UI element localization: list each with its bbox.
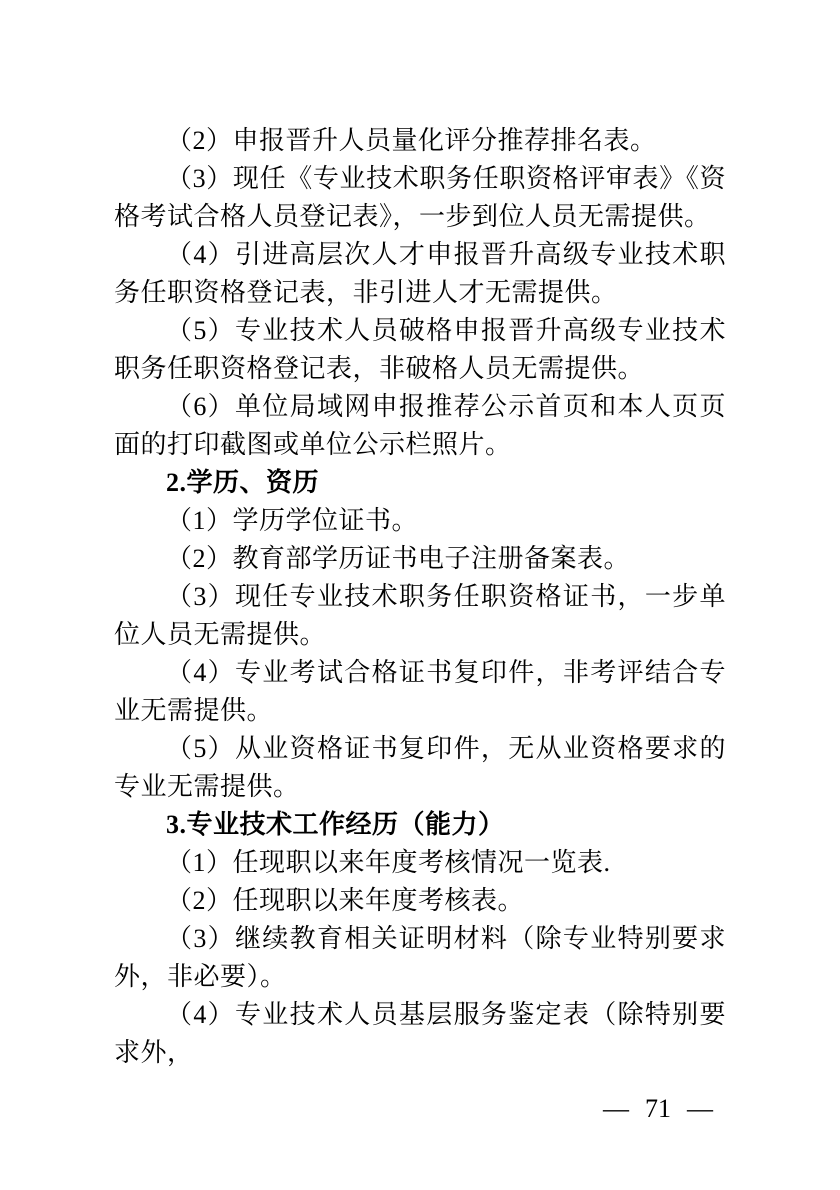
list-item-paragraph: （3）现任专业技术职务任职资格证书，一步单位人员无需提供。: [114, 578, 726, 654]
list-item-paragraph: （3）现任《专业技术职务任职资格评审表》《资格考试合格人员登记表》，一步到位人员…: [114, 160, 726, 236]
list-item-paragraph: （1）学历学位证书。: [114, 502, 726, 540]
list-item-paragraph: （2）教育部学历证书电子注册备案表。: [114, 540, 726, 578]
page-number: 71: [645, 1090, 671, 1128]
footer-dash-right: —: [687, 1090, 713, 1128]
list-item-paragraph: （6）单位局域网申报推荐公示首页和本人页页面的打印截图或单位公示栏照片。: [114, 388, 726, 464]
footer-dash-left: —: [603, 1090, 629, 1128]
list-item-paragraph: （4）专业技术人员基层服务鉴定表（除特别要求外，: [114, 996, 726, 1072]
document-body: （2）申报晋升人员量化评分推荐排名表。 （3）现任《专业技术职务任职资格评审表》…: [114, 122, 726, 1072]
list-item-paragraph: （4）引进高层次人才申报晋升高级专业技术职务任职资格登记表，非引进人才无需提供。: [114, 236, 726, 312]
page-footer: — 71 —: [603, 1090, 713, 1128]
list-item-paragraph: （5）专业技术人员破格申报晋升高级专业技术职务任职资格登记表，非破格人员无需提供…: [114, 312, 726, 388]
list-item-paragraph: （1）任现职以来年度考核情况一览表.: [114, 844, 726, 882]
list-item-paragraph: （3）继续教育相关证明材料（除专业特别要求外，非必要）。: [114, 920, 726, 996]
list-item-paragraph: （2）任现职以来年度考核表。: [114, 882, 726, 920]
list-item-paragraph: （5）从业资格证书复印件，无从业资格要求的专业无需提供。: [114, 730, 726, 806]
list-item-paragraph: （2）申报晋升人员量化评分推荐排名表。: [114, 122, 726, 160]
section-heading: 2.学历、资历: [114, 464, 726, 502]
document-page: （2）申报晋升人员量化评分推荐排名表。 （3）现任《专业技术职务任职资格评审表》…: [0, 0, 840, 1190]
list-item-paragraph: （4）专业考试合格证书复印件，非考评结合专业无需提供。: [114, 654, 726, 730]
section-heading: 3.专业技术工作经历（能力）: [114, 806, 726, 844]
